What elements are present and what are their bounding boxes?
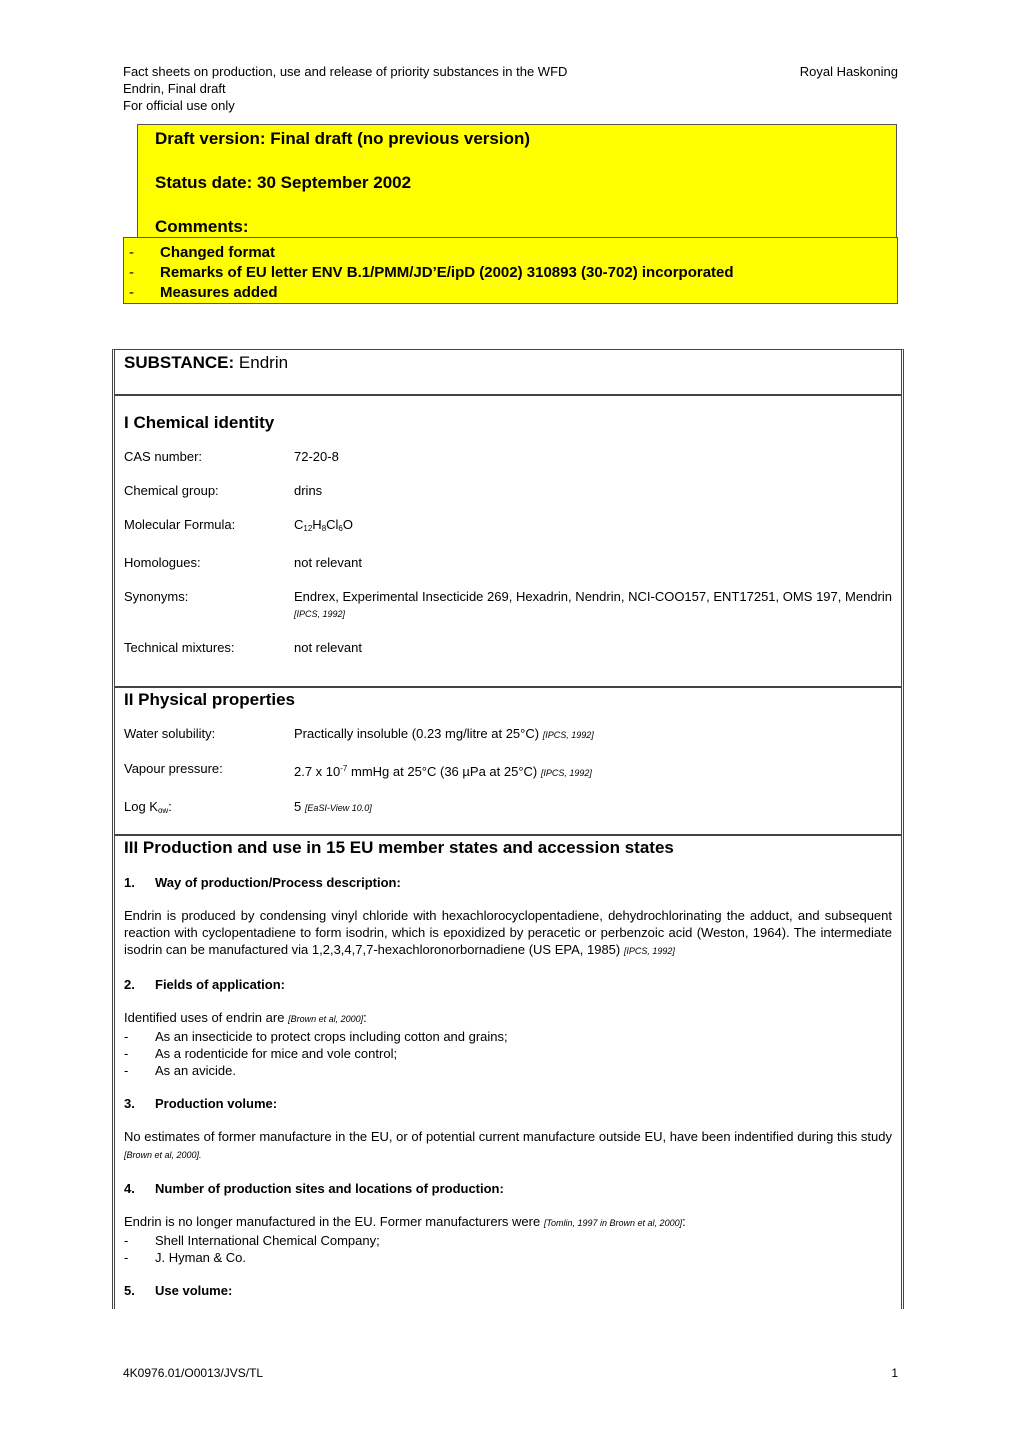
process-description: Endrin is produced by condensing vinyl c… xyxy=(115,907,901,960)
section-heading: II Physical properties xyxy=(115,688,901,710)
substance-row: SUBSTANCE: Endrin xyxy=(115,350,901,396)
section-chemical-identity: I Chemical identity CAS number:72-20-8 C… xyxy=(115,396,901,688)
list-item: -J. Hyman & Co. xyxy=(115,1249,901,1266)
technical-mixtures: not relevant xyxy=(294,640,892,656)
section-heading: III Production and use in 15 EU member s… xyxy=(115,836,901,858)
company-name: Royal Haskoning xyxy=(800,63,898,80)
comment-item: -Remarks of EU letter ENV B.1/PMM/JD’E/i… xyxy=(124,263,897,283)
draft-version: Draft version: Final draft (no previous … xyxy=(155,129,530,149)
chemical-group: drins xyxy=(294,483,892,499)
list-item: -As an insecticide to protect crops incl… xyxy=(115,1028,901,1045)
subsection-heading: 4.Number of production sites and locatio… xyxy=(115,1181,901,1196)
comments-label: Comments: xyxy=(155,217,249,237)
page-footer: 4K0976.01/O0013/JVS/TL 1 xyxy=(123,1366,898,1380)
list-item: -Shell International Chemical Company; xyxy=(115,1232,901,1249)
list-item: -As an avicide. xyxy=(115,1062,901,1079)
subsection-heading: 5.Use volume: xyxy=(115,1283,901,1298)
applications-intro: Identified uses of endrin are [Brown et … xyxy=(115,1009,901,1028)
substance-label: SUBSTANCE: xyxy=(124,353,234,372)
document-reference: 4K0976.01/O0013/JVS/TL xyxy=(123,1366,263,1380)
comment-item: -Changed format xyxy=(124,243,897,263)
substance-table: SUBSTANCE: Endrin I Chemical identity CA… xyxy=(112,349,904,1309)
classification: For official use only xyxy=(123,97,898,114)
section-heading: I Chemical identity xyxy=(115,396,901,433)
page-header: Fact sheets on production, use and relea… xyxy=(123,63,898,114)
log-kow: 5 [EaSI-View 10.0] xyxy=(294,799,892,819)
molecular-formula: C12H8Cl6O xyxy=(294,517,892,537)
section-physical-properties: II Physical properties Water solubility:… xyxy=(115,688,901,836)
subsection-heading: 2.Fields of application: xyxy=(115,977,901,992)
page-number: 1 xyxy=(891,1366,898,1380)
production-volume-text: No estimates of former manufacture in th… xyxy=(115,1128,901,1164)
subsection-heading: 3.Production volume: xyxy=(115,1096,901,1111)
synonyms: Endrex, Experimental Insecticide 269, He… xyxy=(294,589,892,622)
homologues: not relevant xyxy=(294,555,892,571)
substance-name: Endrin xyxy=(239,353,288,372)
cas-number: 72-20-8 xyxy=(294,449,892,465)
list-item: -As a rodenticide for mice and vole cont… xyxy=(115,1045,901,1062)
document-title: Fact sheets on production, use and relea… xyxy=(123,63,567,80)
comments-list: -Changed format -Remarks of EU letter EN… xyxy=(123,237,898,304)
subsection-heading: 1.Way of production/Process description: xyxy=(115,875,901,890)
status-box: Draft version: Final draft (no previous … xyxy=(137,124,897,237)
water-solubility: Practically insoluble (0.23 mg/litre at … xyxy=(294,726,892,743)
status-date: Status date: 30 September 2002 xyxy=(155,173,411,193)
comment-item: -Measures added xyxy=(124,283,897,303)
document-subtitle: Endrin, Final draft xyxy=(123,80,898,97)
production-sites-intro: Endrin is no longer manufactured in the … xyxy=(115,1213,901,1232)
section-production-use: III Production and use in 15 EU member s… xyxy=(115,836,901,1298)
vapour-pressure: 2.7 x 10-7 mmHg at 25°C (36 µPa at 25°C)… xyxy=(294,761,892,781)
